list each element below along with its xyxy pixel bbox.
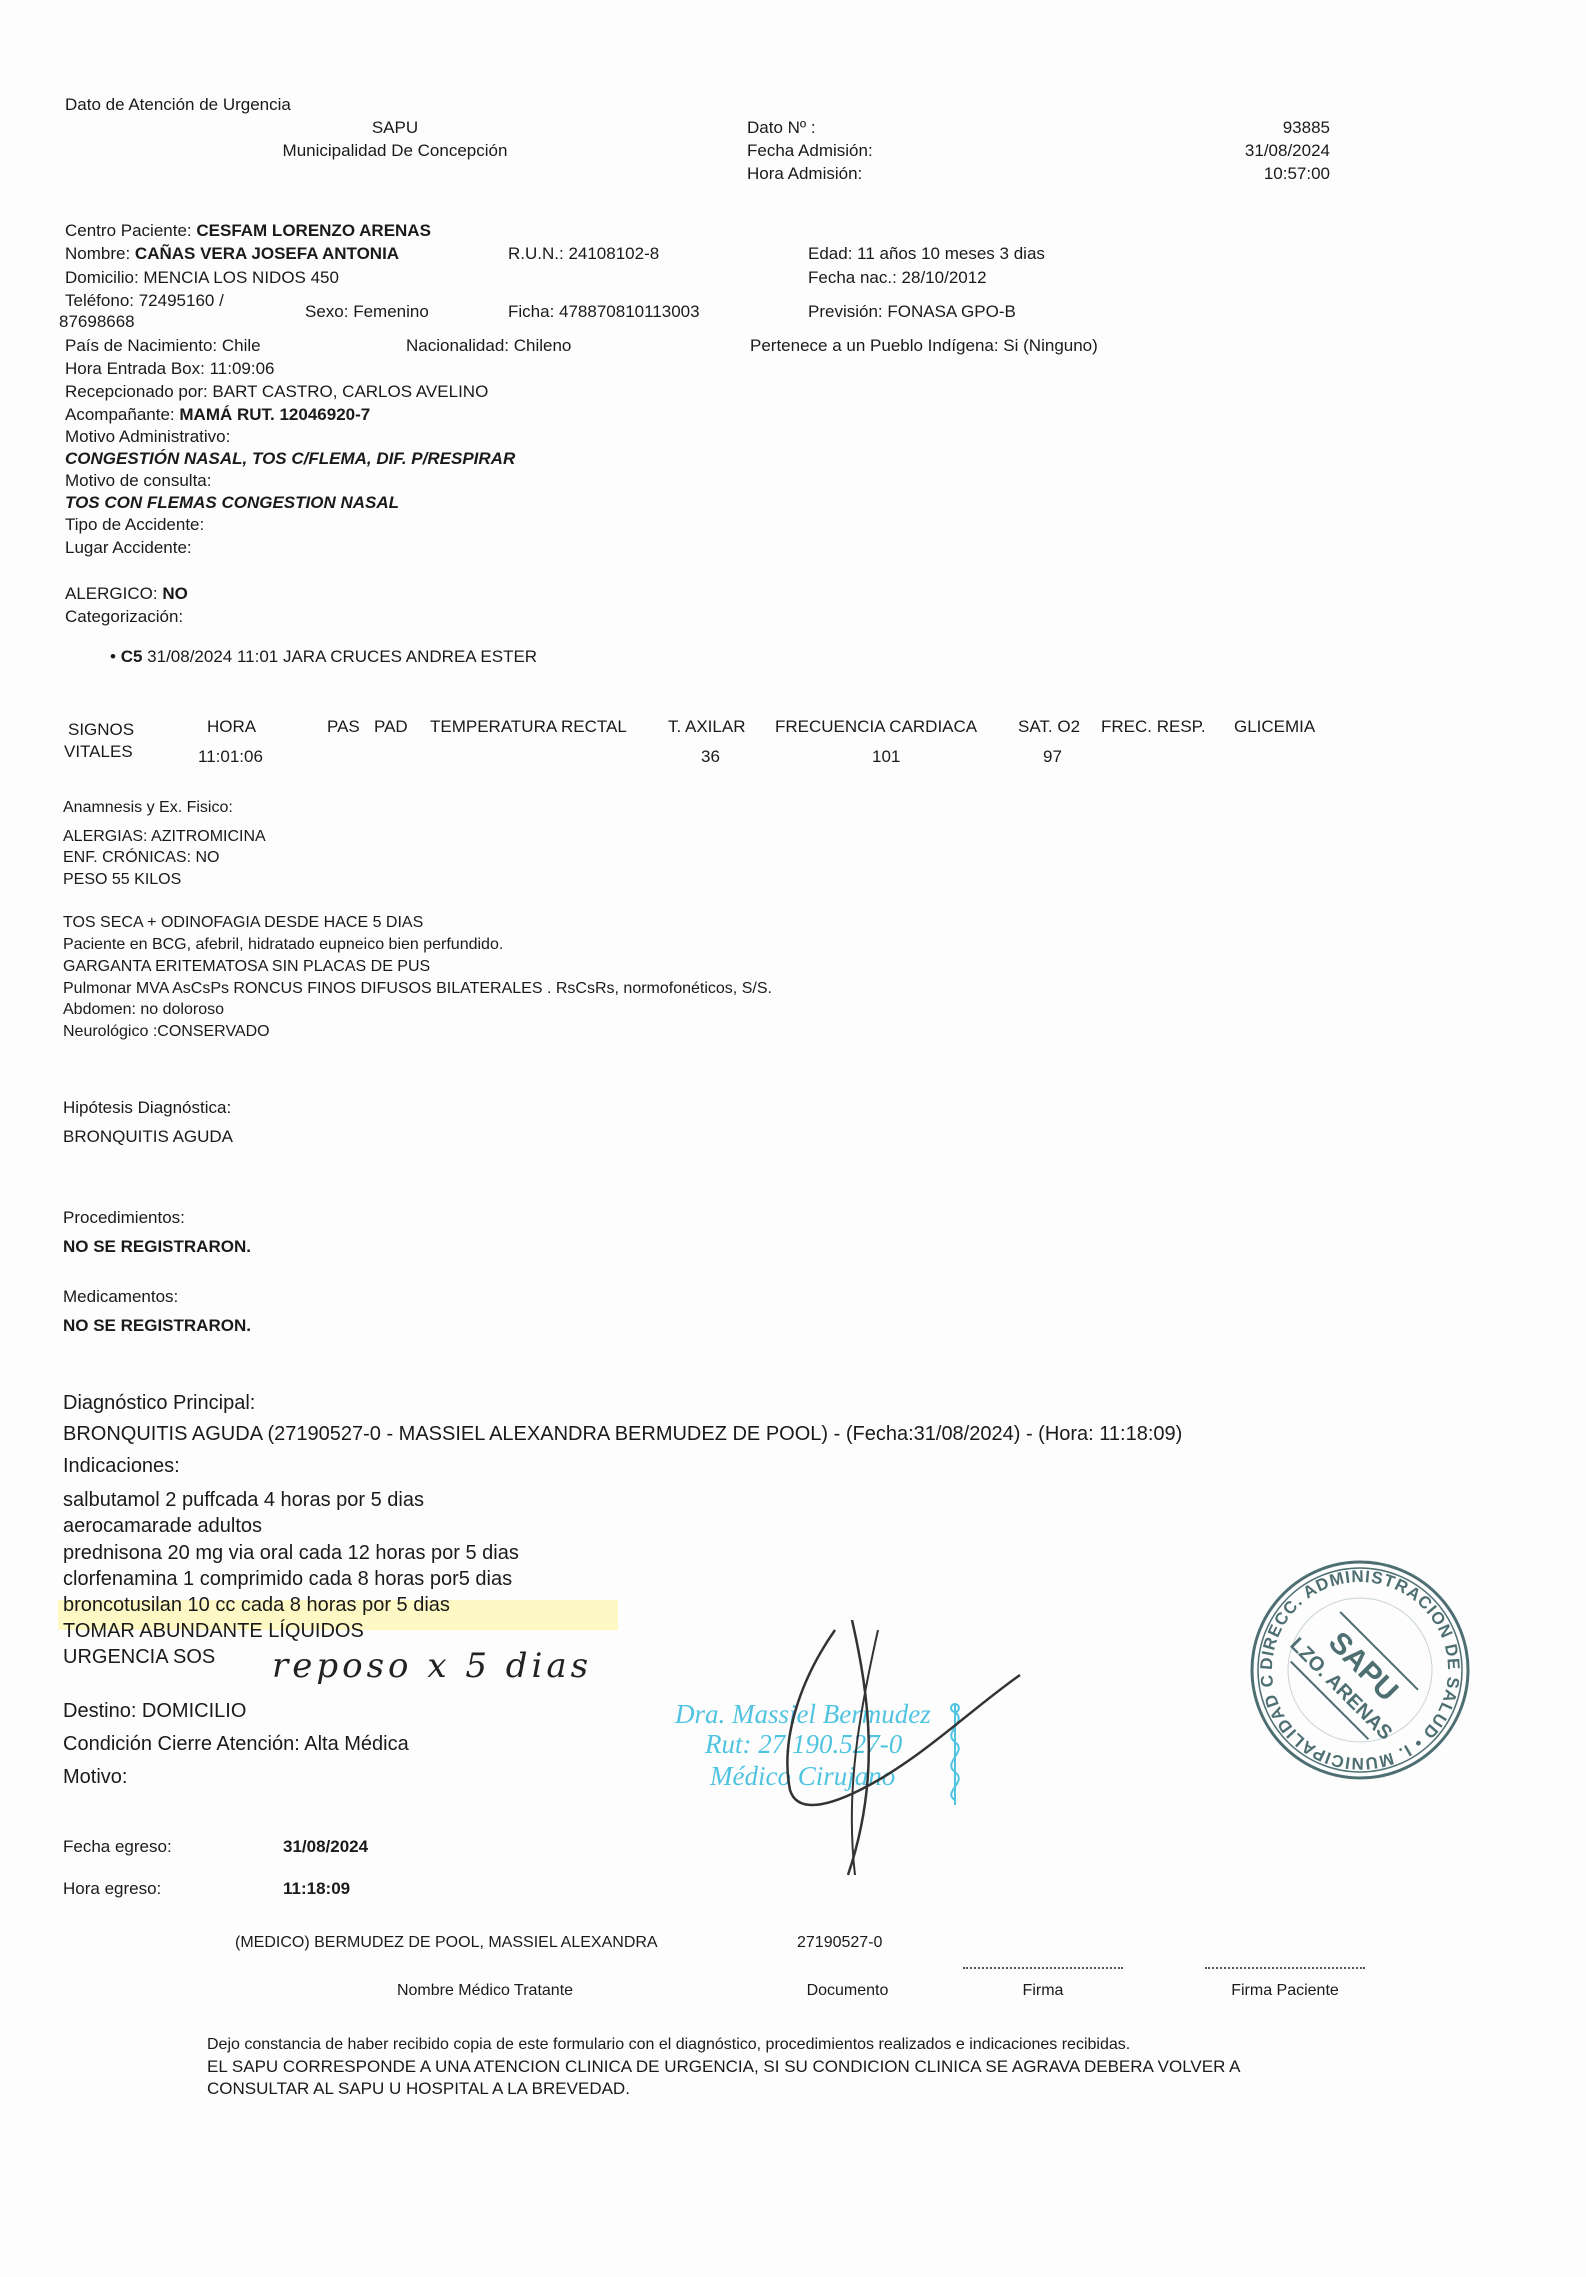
anamnesis-line: Paciente en BCG, afebril, hidratado eupn… <box>63 935 503 955</box>
motivo-administrativo-label: Motivo Administrativo: <box>65 426 230 447</box>
alergico-label: ALERGICO: <box>65 584 158 603</box>
procedimientos-value: NO SE REGISTRARON. <box>63 1236 251 1257</box>
hora-egreso-label: Hora egreso: <box>63 1878 161 1899</box>
vitals-col-t-axilar: T. AXILAR <box>668 716 745 737</box>
vitals-col-frec-cardiaca: FRECUENCIA CARDIACA <box>775 716 977 737</box>
nacionalidad: Nacionalidad: Chileno <box>406 335 571 356</box>
handwritten-note: reposo x 5 dias <box>272 1646 592 1686</box>
indicaciones-label: Indicaciones: <box>63 1453 180 1479</box>
ficha: Ficha: 478870810113003 <box>508 301 700 322</box>
vitals-hora-value: 11:01:06 <box>198 746 263 767</box>
telefono-2: 87698668 <box>59 311 135 332</box>
col-firma-paciente: Firma Paciente <box>1195 1981 1375 2001</box>
medicamentos-label: Medicamentos: <box>63 1286 178 1307</box>
acompanante-value: MAMÁ RUT. 12046920-7 <box>179 405 370 424</box>
fecha-admision-value: 31/08/2024 <box>1130 140 1330 161</box>
motivo: Motivo: <box>63 1764 127 1790</box>
anamnesis-line: GARGANTA ERITEMATOSA SIN PLACAS DE PUS <box>63 957 430 977</box>
fecha-egreso-label: Fecha egreso: <box>63 1836 172 1857</box>
domicilio: Domicilio: MENCIA LOS NIDOS 450 <box>65 267 339 288</box>
acompanante-label: Acompañante: <box>65 405 175 424</box>
org-subtitle: Municipalidad De Concepción <box>220 140 570 161</box>
telefono-1: Teléfono: 72495160 / <box>65 290 224 311</box>
col-documento: Documento <box>770 1981 925 2001</box>
centro-paciente: Centro Paciente: CESFAM LORENZO ARENAS <box>65 220 431 241</box>
fecha-nacimiento: Fecha nac.: 28/10/2012 <box>808 267 987 288</box>
categorizacion-detail: 31/08/2024 11:01 JARA CRUCES ANDREA ESTE… <box>147 647 537 666</box>
anamnesis-line: ALERGIAS: AZITROMICINA <box>63 827 266 847</box>
vitals-sat-o2-value: 97 <box>1043 746 1062 767</box>
categorizacion-item: • C5 31/08/2024 11:01 JARA CRUCES ANDREA… <box>110 646 537 667</box>
nombre-label: Nombre: <box>65 244 130 263</box>
vitals-label-2: VITALES <box>64 741 133 762</box>
footer-line-1: Dejo constancia de haber recibido copia … <box>207 2035 1130 2055</box>
fecha-admision-label: Fecha Admisión: <box>747 140 873 161</box>
hora-admision-value: 10:57:00 <box>1130 163 1330 184</box>
footer-line-3: CONSULTAR AL SAPU U HOSPITAL A LA BREVED… <box>207 2078 630 2099</box>
firma-line <box>963 1967 1123 1969</box>
anamnesis-label: Anamnesis y Ex. Fisico: <box>63 798 233 818</box>
anamnesis-line: Neurológico :CONSERVADO <box>63 1022 270 1042</box>
centro-value: CESFAM LORENZO ARENAS <box>196 221 431 240</box>
anamnesis-line: ENF. CRÓNICAS: NO <box>63 848 219 868</box>
vitals-label-1: SIGNOS <box>68 719 134 740</box>
col-firma: Firma <box>963 1981 1123 2001</box>
vitals-col-frec-resp: FREC. RESP. <box>1101 716 1206 737</box>
recepcionado-por: Recepcionado por: BART CASTRO, CARLOS AV… <box>65 381 488 402</box>
hipotesis-label: Hipótesis Diagnóstica: <box>63 1097 231 1118</box>
document-title: Dato de Atención de Urgencia <box>65 94 291 115</box>
anamnesis-line: Abdomen: no doloroso <box>63 1000 224 1020</box>
lugar-accidente: Lugar Accidente: <box>65 537 192 558</box>
indicacion-item: prednisona 20 mg via oral cada 12 horas … <box>63 1540 519 1566</box>
diagnostico-value: BRONQUITIS AGUDA (27190527-0 - MASSIEL A… <box>63 1421 1182 1447</box>
alergico-value: NO <box>162 584 188 603</box>
indicacion-item: clorfenamina 1 comprimido cada 8 horas p… <box>63 1566 512 1592</box>
alergico: ALERGICO: NO <box>65 583 188 604</box>
nombre: Nombre: CAÑAS VERA JOSEFA ANTONIA <box>65 243 399 264</box>
destino: Destino: DOMICILIO <box>63 1698 246 1724</box>
medicamentos-value: NO SE REGISTRARON. <box>63 1315 251 1336</box>
firma-paciente-line <box>1205 1967 1365 1969</box>
nombre-value: CAÑAS VERA JOSEFA ANTONIA <box>135 244 399 263</box>
vitals-t-axilar-value: 36 <box>701 746 720 767</box>
fecha-egreso-value: 31/08/2024 <box>283 1836 368 1857</box>
indicacion-item: salbutamol 2 puffcada 4 horas por 5 dias <box>63 1487 424 1513</box>
institution-seal-icon: DIRECC. ADMINISTRACION DE SALUD • I. MUN… <box>1245 1555 1475 1785</box>
anamnesis-line: Pulmonar MVA AsCsPs RONCUS FINOS DIFUSOS… <box>63 979 772 999</box>
pais-nacimiento: País de Nacimiento: Chile <box>65 335 261 356</box>
sexo: Sexo: Femenino <box>305 301 429 322</box>
edad: Edad: 11 años 10 meses 3 dias <box>808 243 1045 264</box>
doctor-signature-icon <box>760 1620 1030 1880</box>
hora-egreso-value: 11:18:09 <box>283 1878 350 1899</box>
footer-line-2: EL SAPU CORRESPONDE A UNA ATENCION CLINI… <box>207 2056 1241 2077</box>
hipotesis-value: BRONQUITIS AGUDA <box>63 1126 233 1147</box>
run: R.U.N.: 24108102-8 <box>508 243 659 264</box>
vitals-col-glicemia: GLICEMIA <box>1234 716 1315 737</box>
vitals-col-pad: PAD <box>374 716 408 737</box>
tipo-accidente: Tipo de Accidente: <box>65 514 204 535</box>
bullet-icon: • <box>110 647 116 666</box>
vitals-col-sat-o2: SAT. O2 <box>1018 716 1080 737</box>
procedimientos-label: Procedimientos: <box>63 1207 185 1228</box>
condicion-cierre: Condición Cierre Atención: Alta Médica <box>63 1731 409 1757</box>
vitals-col-pas: PAS <box>327 716 360 737</box>
diagnostico-label: Diagnóstico Principal: <box>63 1390 255 1416</box>
vitals-frec-cardiaca-value: 101 <box>872 746 900 767</box>
indicacion-item: broncotusilan 10 cc cada 8 horas por 5 d… <box>63 1592 450 1618</box>
motivo-consulta-value: TOS CON FLEMAS CONGESTION NASAL <box>65 492 399 513</box>
hora-admision-label: Hora Admisión: <box>747 163 862 184</box>
vitals-col-hora: HORA <box>207 716 256 737</box>
dato-no-label: Dato Nº : <box>747 117 816 138</box>
acompanante: Acompañante: MAMÁ RUT. 12046920-7 <box>65 404 370 425</box>
anamnesis-line: PESO 55 KILOS <box>63 870 181 890</box>
prevision: Previsión: FONASA GPO-B <box>808 301 1016 322</box>
medico-documento: 27190527-0 <box>797 1933 882 1953</box>
dato-no-value: 93885 <box>1130 117 1330 138</box>
motivo-administrativo-value: CONGESTIÓN NASAL, TOS C/FLEMA, DIF. P/RE… <box>65 448 515 469</box>
indicacion-item: TOMAR ABUNDANTE LÍQUIDOS <box>63 1618 364 1644</box>
categorizacion-label: Categorización: <box>65 606 183 627</box>
vitals-col-temp-rectal: TEMPERATURA RECTAL <box>430 716 627 737</box>
medico-name: (MEDICO) BERMUDEZ DE POOL, MASSIEL ALEXA… <box>235 1933 658 1953</box>
motivo-consulta-label: Motivo de consulta: <box>65 470 211 491</box>
pueblo-indigena: Pertenece a un Pueblo Indígena: Si (Ning… <box>750 335 1098 356</box>
anamnesis-line: TOS SECA + ODINOFAGIA DESDE HACE 5 DIAS <box>63 913 423 933</box>
centro-label: Centro Paciente: <box>65 221 192 240</box>
org-name: SAPU <box>270 117 520 138</box>
indicacion-item: URGENCIA SOS <box>63 1644 215 1670</box>
indicacion-item: aerocamarade adultos <box>63 1513 262 1539</box>
col-nombre-medico: Nombre Médico Tratante <box>360 1981 610 2001</box>
hora-entrada-box: Hora Entrada Box: 11:09:06 <box>65 358 275 379</box>
categorizacion-code: C5 <box>121 647 143 666</box>
